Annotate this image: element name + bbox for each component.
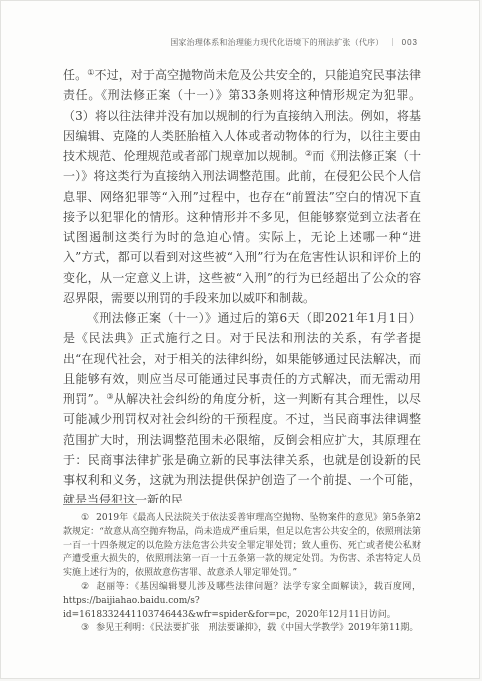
footnote-1-text: 2019年《最高人民法院关于依法妥善审理高空抛物、坠物案件的意见》第5条第2款规…	[63, 513, 421, 578]
body-text: 任。①不过，对于高空抛物尚未危及公共安全的，只能追究民事法律责任。《刑法修正案（…	[63, 65, 421, 503]
footnote-3-text: 参见王利明：《民法要扩张 刑法要谦抑》，载《中国大学教学》2019年第11期。	[96, 623, 418, 633]
page-number: 003	[402, 38, 418, 47]
footnote-3: ③参见王利明：《民法要扩张 刑法要谦抑》，载《中国大学教学》2019年第11期。	[63, 622, 421, 636]
paragraph-1: 任。①不过，对于高空抛物尚未危及公共安全的，只能追究民事法律责任。《刑法修正案（…	[63, 65, 421, 308]
running-header: 国家治理体系和治理能力现代化语境下的刑法扩张（代序）｜003	[170, 37, 418, 48]
paragraph-2-text-b: 从解决社会纠纷的角度分析，这一判断有其合理性，以尽可能减少刑罚权对社会纠纷的干预…	[63, 392, 421, 503]
footnotes-block: ①2019年《最高人民法院关于依法妥善审理高空抛物、坠物案件的意见》第5条第2款…	[63, 512, 421, 640]
footnote-ref-3: ③	[106, 392, 113, 401]
header-divider: ｜	[388, 38, 396, 47]
footnote-separator	[63, 504, 137, 505]
footnote-1: ①2019年《最高人民法院关于依法妥善审理高空抛物、坠物案件的意见》第5条第2款…	[63, 512, 421, 581]
footnote-3-marker: ③	[81, 623, 89, 633]
paragraph-1-text-c: 而《刑法修正案（十一）》将这类行为直接纳入刑法调整范围。此前，在侵犯公民个人信息…	[63, 149, 421, 305]
footnote-2-text: 赵丽等：《基因编辑婴儿涉及哪些法律问题？法学专家全面解读》，载百度网，https…	[63, 582, 421, 620]
footnote-2: ②赵丽等：《基因编辑婴儿涉及哪些法律问题？法学专家全面解读》，载百度网，http…	[63, 581, 421, 622]
book-page: 国家治理体系和治理能力现代化语境下的刑法扩张（代序）｜003 任。①不过，对于高…	[0, 0, 480, 679]
running-header-title: 国家治理体系和治理能力现代化语境下的刑法扩张（代序）	[170, 38, 383, 47]
paragraph-1-text-a: 任。	[63, 68, 87, 82]
paragraph-2: 《刑法修正案（十一）》通过后的第6天（即2021年1月1日）是《民法典》正式施行…	[63, 308, 421, 503]
footnote-1-marker: ①	[81, 513, 89, 523]
footnote-2-marker: ②	[81, 582, 90, 592]
